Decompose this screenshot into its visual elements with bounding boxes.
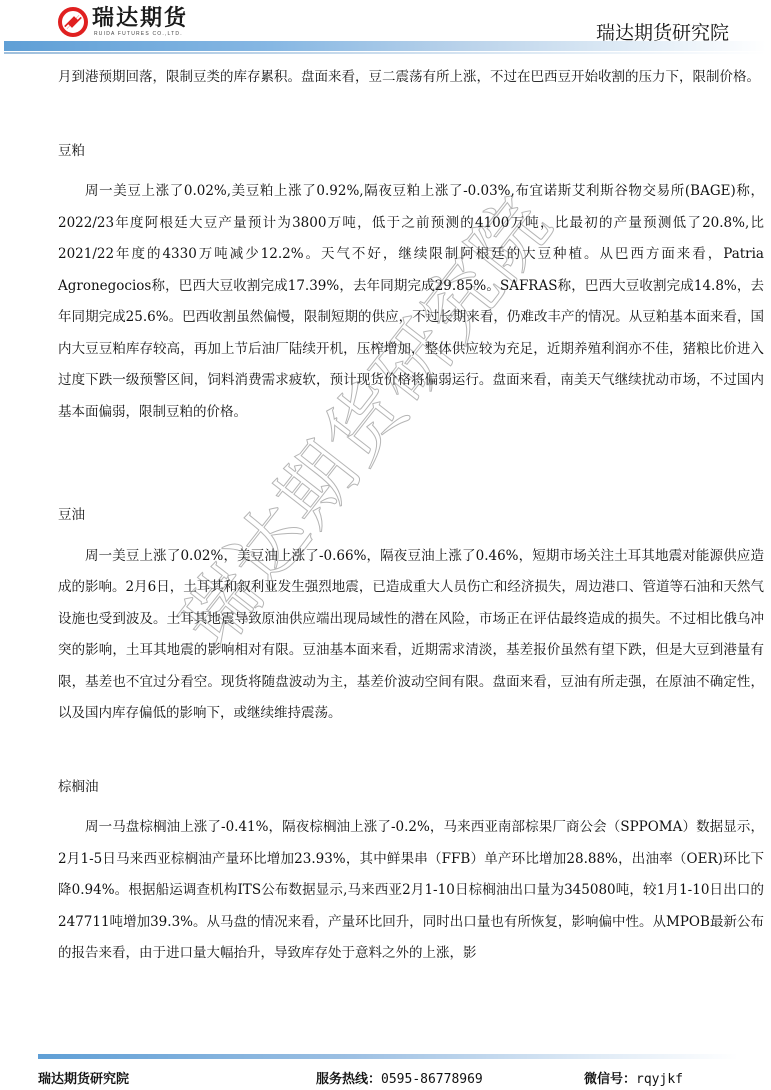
wechat-id: rqyjkf (636, 1072, 683, 1087)
company-logo: 瑞达期货 RUIDA FUTURES CO.,LTD. (58, 4, 188, 40)
hotline-number: 0595-86778969 (381, 1072, 483, 1087)
header-gradient-bar (4, 41, 766, 51)
section-title-soyoil: 豆油 (58, 500, 764, 532)
footer-org-name: 瑞达期货研究院 (38, 1068, 129, 1087)
section-paragraph-soymeal: 周一美豆上涨了0.02%,美豆粕上涨了0.92%,隔夜豆粕上涨了-0.03%,布… (58, 176, 764, 428)
logo-chinese-name: 瑞达期货 (92, 7, 188, 31)
page-header: 瑞达期货 RUIDA FUTURES CO.,LTD. 瑞达期货研究院 (0, 0, 771, 60)
section-title-palm-oil: 棕榈油 (58, 772, 764, 804)
intro-paragraph: 月到港预期回落，限制豆类的库存累积。盘面来看，豆二震荡有所上涨，不过在巴西豆开始… (58, 62, 764, 94)
document-body: 月到港预期回落，限制豆类的库存累积。盘面来看，豆二震荡有所上涨，不过在巴西豆开始… (58, 62, 764, 970)
footer-gradient-bar (38, 1054, 738, 1059)
section-paragraph-palm-oil: 周一马盘棕榈油上涨了-0.41%，隔夜棕榈油上涨了-0.2%，马来西亚南部棕果厂… (58, 812, 764, 970)
page-footer: 瑞达期货研究院 服务热线：0595-86778969 微信号：rqyjkf (38, 1068, 738, 1088)
wechat-label: 微信号： (584, 1072, 636, 1087)
section-title-soymeal: 豆粕 (58, 136, 764, 168)
header-divider (4, 52, 766, 54)
logo-english-name: RUIDA FUTURES CO.,LTD. (94, 31, 188, 38)
ruida-logo-icon (58, 7, 88, 37)
footer-hotline: 服务热线：0595-86778969 (316, 1068, 483, 1087)
footer-wechat: 微信号：rqyjkf (584, 1068, 683, 1087)
hotline-label: 服务热线： (316, 1072, 381, 1087)
section-paragraph-soyoil: 周一美豆上涨了0.02%，美豆油上涨了-0.66%，隔夜豆油上涨了0.46%，短… (58, 541, 764, 730)
